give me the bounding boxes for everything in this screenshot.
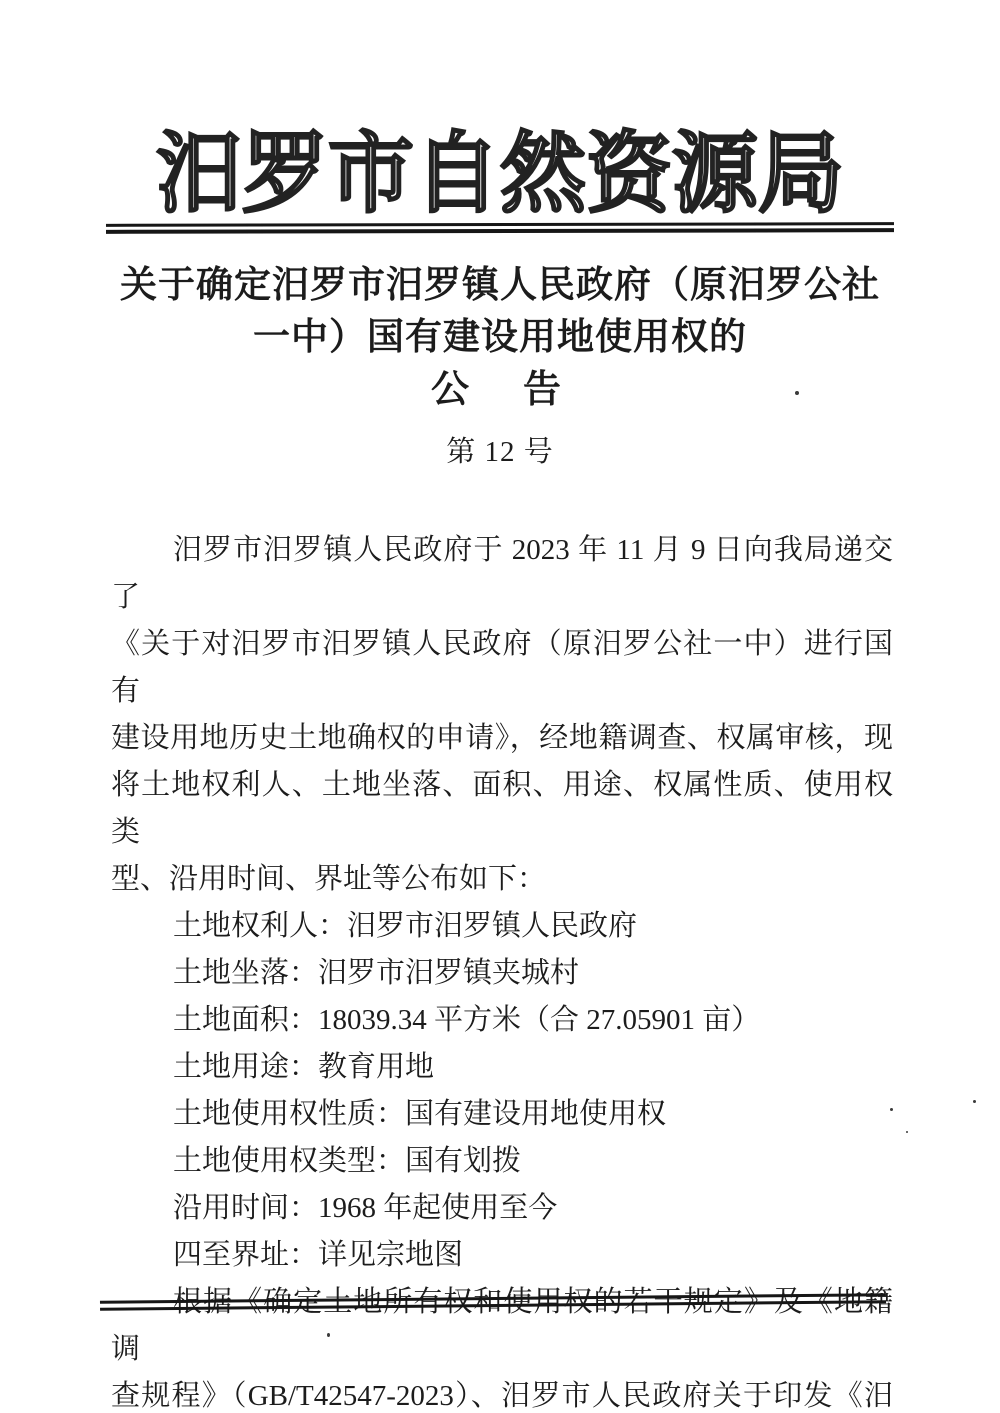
body-line-right-nature: 土地使用权性质：国有建设用地使用权 bbox=[111, 1091, 893, 1138]
body-line: 查规程》（GB/T42547-2023）、汨罗市人民政府关于印发《汨 bbox=[111, 1373, 893, 1413]
scan-speck bbox=[795, 391, 799, 395]
body-line: 汨罗市汨罗镇人民政府于 2023 年 11 月 9 日向我局递交了 bbox=[111, 527, 893, 621]
announcement-body: 汨罗市汨罗镇人民政府于 2023 年 11 月 9 日向我局递交了 《关于对汨罗… bbox=[111, 527, 893, 1413]
header-divider-rule bbox=[106, 222, 894, 234]
body-line-land-area: 土地面积：18039.34 平方米（合 27.05901 亩） bbox=[111, 997, 893, 1044]
body-line-right-type: 土地使用权类型：国有划拨 bbox=[111, 1138, 893, 1185]
title-line-2: 一中）国有建设用地使用权的 bbox=[0, 312, 1000, 364]
body-line-land-use: 土地用途：教育用地 bbox=[111, 1044, 893, 1091]
body-line: 建设用地历史土地确权的申请》，经地籍调查、权属审核，现 bbox=[111, 715, 893, 762]
body-line: 型、沿用时间、界址等公布如下： bbox=[111, 856, 893, 903]
scan-speck bbox=[890, 1108, 893, 1111]
body-line-boundaries: 四至界址：详见宗地图 bbox=[111, 1232, 893, 1279]
scan-speck bbox=[973, 1100, 976, 1103]
scan-speck bbox=[906, 1131, 908, 1133]
scan-speck bbox=[327, 1333, 330, 1337]
body-line-land-owner: 土地权利人：汨罗市汨罗镇人民政府 bbox=[111, 903, 893, 950]
title-announcement-word: 公 告 bbox=[0, 364, 1000, 416]
agency-masthead: 汨罗市自然资源局 bbox=[0, 112, 1000, 224]
document-page: 汨罗市自然资源局 关于确定汨罗市汨罗镇人民政府（原汨罗公社 一中）国有建设用地使… bbox=[0, 0, 1000, 1413]
announcement-title: 关于确定汨罗市汨罗镇人民政府（原汨罗公社 一中）国有建设用地使用权的 公 告 bbox=[0, 260, 1000, 416]
body-line: 根据《确定土地所有权和使用权的若干规定》及《地籍调 bbox=[111, 1279, 893, 1373]
document-number: 第 12 号 bbox=[0, 434, 1000, 470]
body-line: 将土地权利人、土地坐落、面积、用途、权属性质、使用权类 bbox=[111, 762, 893, 856]
body-line-use-since: 沿用时间：1968 年起使用至今 bbox=[111, 1185, 893, 1232]
body-line: 《关于对汨罗市汨罗镇人民政府（原汨罗公社一中）进行国有 bbox=[111, 621, 893, 715]
body-line-land-location: 土地坐落：汨罗市汨罗镇夹城村 bbox=[111, 950, 893, 997]
title-line-1: 关于确定汨罗市汨罗镇人民政府（原汨罗公社 bbox=[0, 260, 1000, 312]
agency-name: 汨罗市自然资源局 bbox=[156, 127, 844, 224]
